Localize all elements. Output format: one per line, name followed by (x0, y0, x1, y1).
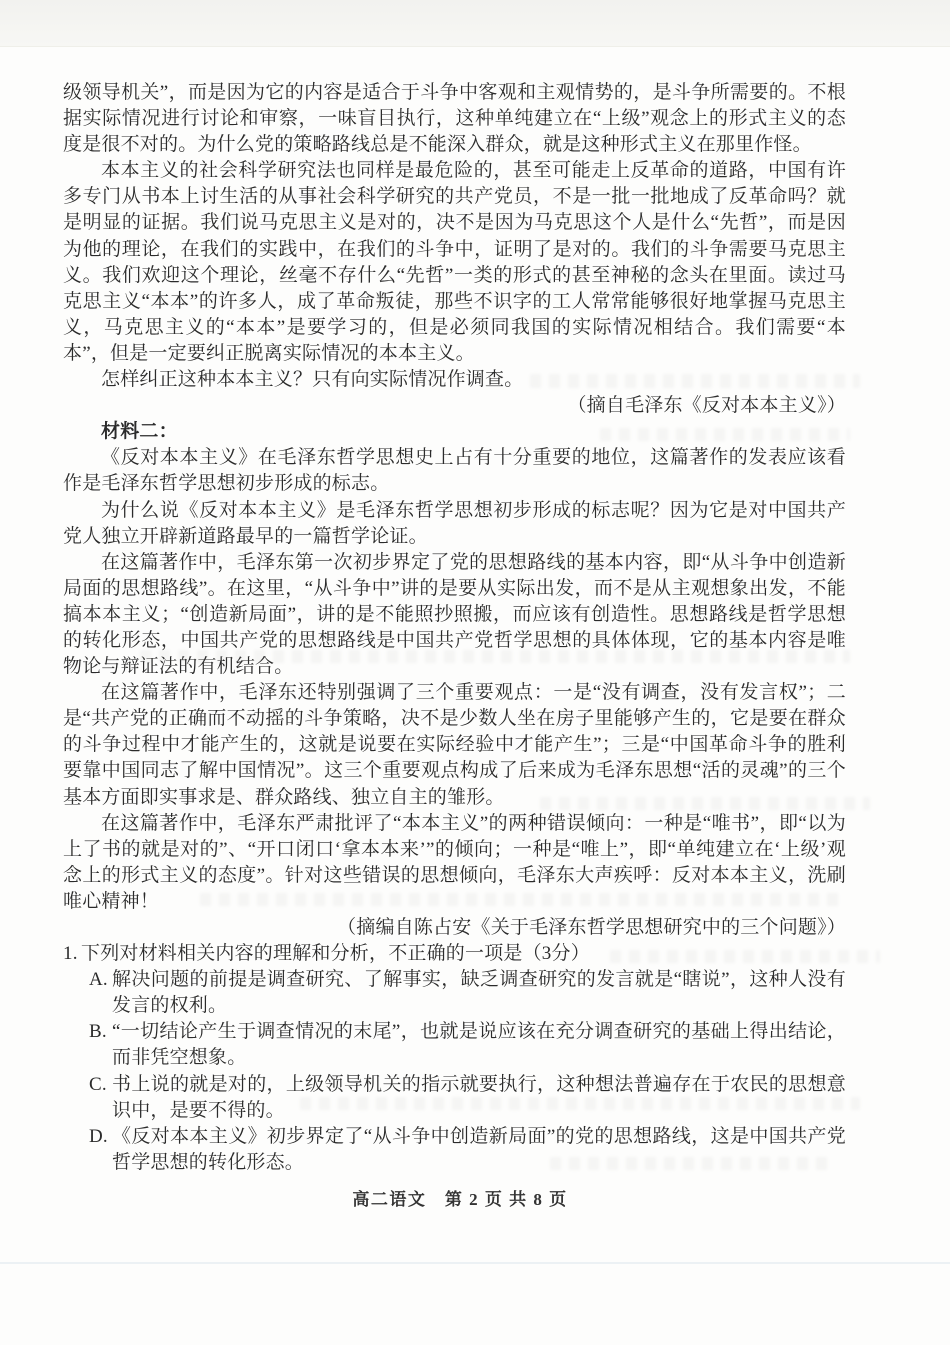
material1-paragraph: 怎样纠正这种本本主义？只有向实际情况作调查。 (63, 367, 846, 393)
page-footer: 高二语文 第 2 页 共 8 页 (0, 1185, 950, 1210)
option-a-text: 解决问题的前提是调查研究、了解事实，缺乏调查研究的发言就是“瞎说”，这种人没有发… (112, 967, 846, 1019)
material1-paragraph-continuation: 级领导机关”，而是因为它的内容是适合于斗争中客观和主观情势的，是斗争所需要的。不… (63, 80, 846, 158)
question-1-option-d: D. 《反对本本主义》初步界定了“从斗争中创造新局面”的党的思想路线，这是中国共… (63, 1124, 846, 1176)
question-1-text: 下列对材料相关内容的理解和分析，不正确的一项是（3分） (81, 941, 846, 967)
material1-attribution: （摘自毛泽东《反对本本主义》） (63, 393, 846, 419)
material2-heading: 材料二： (63, 419, 846, 445)
scan-edge-artifact (0, 0, 950, 47)
option-b-label: B. (89, 1019, 112, 1071)
material1-paragraph: 本本主义的社会科学研究法也同样是最危险的，甚至可能走上反革命的道路，中国有许多专… (63, 158, 846, 367)
page-content: 级领导机关”，而是因为它的内容是适合于斗争中客观和主观情势的，是斗争所需要的。不… (63, 80, 846, 1176)
material2-paragraph: 在这篇著作中，毛泽东严肃批评了“本本主义”的两种错误倾向：一种是“唯书”，即“以… (63, 811, 846, 915)
scan-edge-artifact (0, 1262, 950, 1264)
material2-attribution: （摘编自陈占安《关于毛泽东哲学思想研究中的三个问题》） (63, 915, 846, 941)
question-1-option-b: B. “一切结论产生于调查情况的末尾”，也就是说应该在充分调查研究的基础上得出结… (63, 1019, 846, 1071)
question-1-stem: 1. 下列对材料相关内容的理解和分析，不正确的一项是（3分） (63, 941, 846, 967)
material2-paragraph: 在这篇著作中，毛泽东第一次初步界定了党的思想路线的基本内容，即“从斗争中创造新局… (63, 550, 846, 680)
question-1-number: 1. (63, 941, 81, 967)
material2-paragraph: 《反对本本主义》在毛泽东哲学思想史上占有十分重要的地位，这篇著作的发表应该看作是… (63, 445, 846, 497)
option-b-text: “一切结论产生于调查情况的末尾”，也就是说应该在充分调查研究的基础上得出结论，而… (112, 1019, 846, 1071)
option-a-label: A. (89, 967, 112, 1019)
option-d-label: D. (89, 1124, 112, 1176)
question-1-option-c: C. 书上说的就是对的，上级领导机关的指示就要执行，这种想法普遍存在于农民的思想… (63, 1072, 846, 1124)
question-1-option-a: A. 解决问题的前提是调查研究、了解事实，缺乏调查研究的发言就是“瞎说”，这种人… (63, 967, 846, 1019)
material2-paragraph: 为什么说《反对本本主义》是毛泽东哲学思想初步形成的标志呢？因为它是对中国共产党人… (63, 498, 846, 550)
option-d-text: 《反对本本主义》初步界定了“从斗争中创造新局面”的党的思想路线，这是中国共产党哲… (112, 1124, 846, 1176)
scanned-exam-page: 级领导机关”，而是因为它的内容是适合于斗争中客观和主观情势的，是斗争所需要的。不… (0, 0, 950, 1345)
option-c-label: C. (89, 1072, 112, 1124)
material2-paragraph: 在这篇著作中，毛泽东还特别强调了三个重要观点：一是“没有调查，没有发言权”；二是… (63, 680, 846, 810)
option-c-text: 书上说的就是对的，上级领导机关的指示就要执行，这种想法普遍存在于农民的思想意识中… (112, 1072, 846, 1124)
